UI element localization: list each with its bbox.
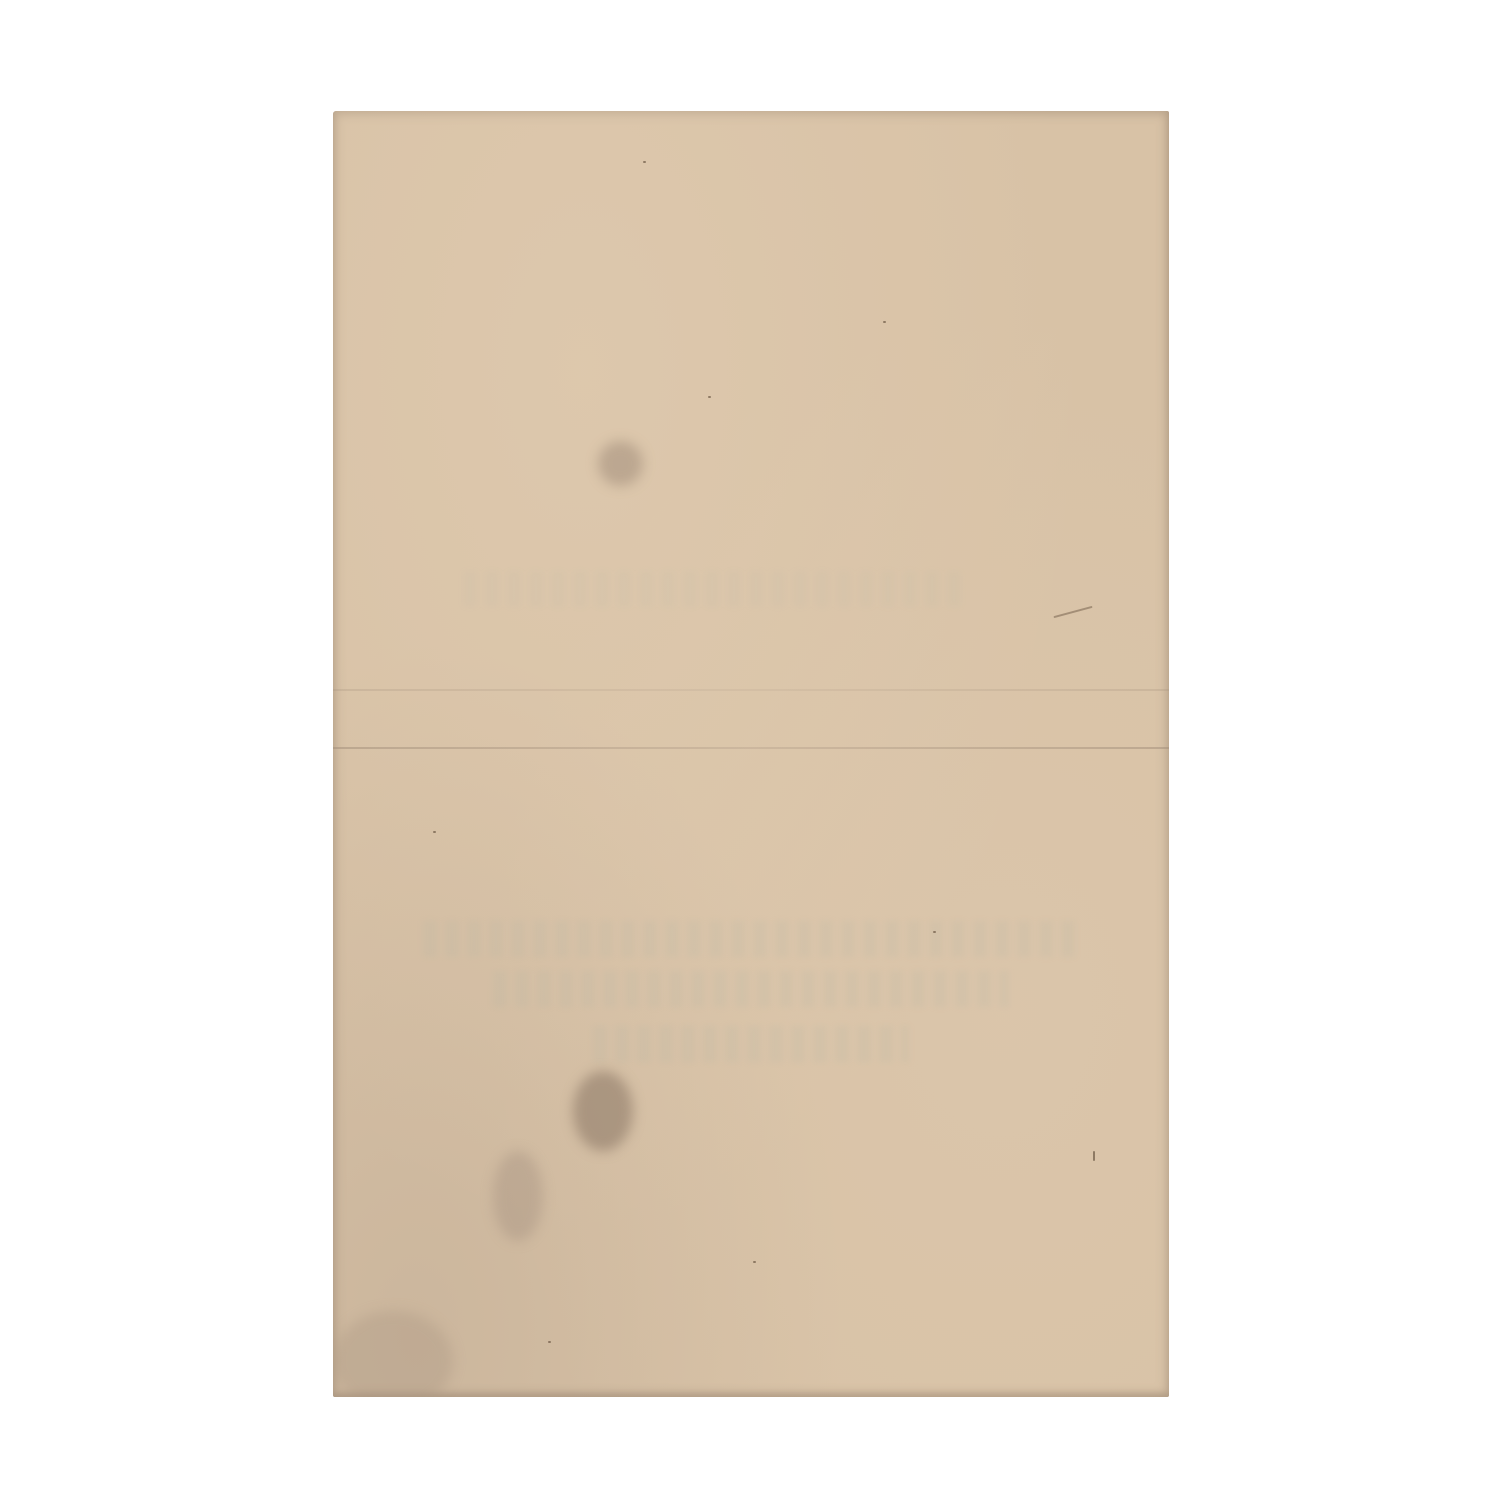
speck	[643, 161, 646, 163]
smudge-stain	[493, 1151, 543, 1241]
smudge-stain	[573, 1071, 633, 1151]
show-through-text	[463, 571, 969, 607]
show-through-text	[593, 1026, 909, 1062]
speck	[883, 321, 886, 323]
show-through-text	[493, 971, 1009, 1007]
fold-crease-faint	[333, 689, 1169, 691]
corner-discoloration	[333, 1311, 453, 1397]
fold-crease	[333, 747, 1169, 749]
scuff-mark	[1053, 606, 1092, 618]
speck	[753, 1261, 756, 1263]
foxing-spot	[598, 441, 643, 486]
speck	[933, 931, 936, 933]
paper-sheet	[333, 111, 1169, 1397]
speck	[1093, 1151, 1095, 1161]
show-through-text	[423, 921, 1079, 957]
speck	[708, 396, 711, 398]
speck	[548, 1341, 551, 1343]
speck	[433, 831, 436, 833]
